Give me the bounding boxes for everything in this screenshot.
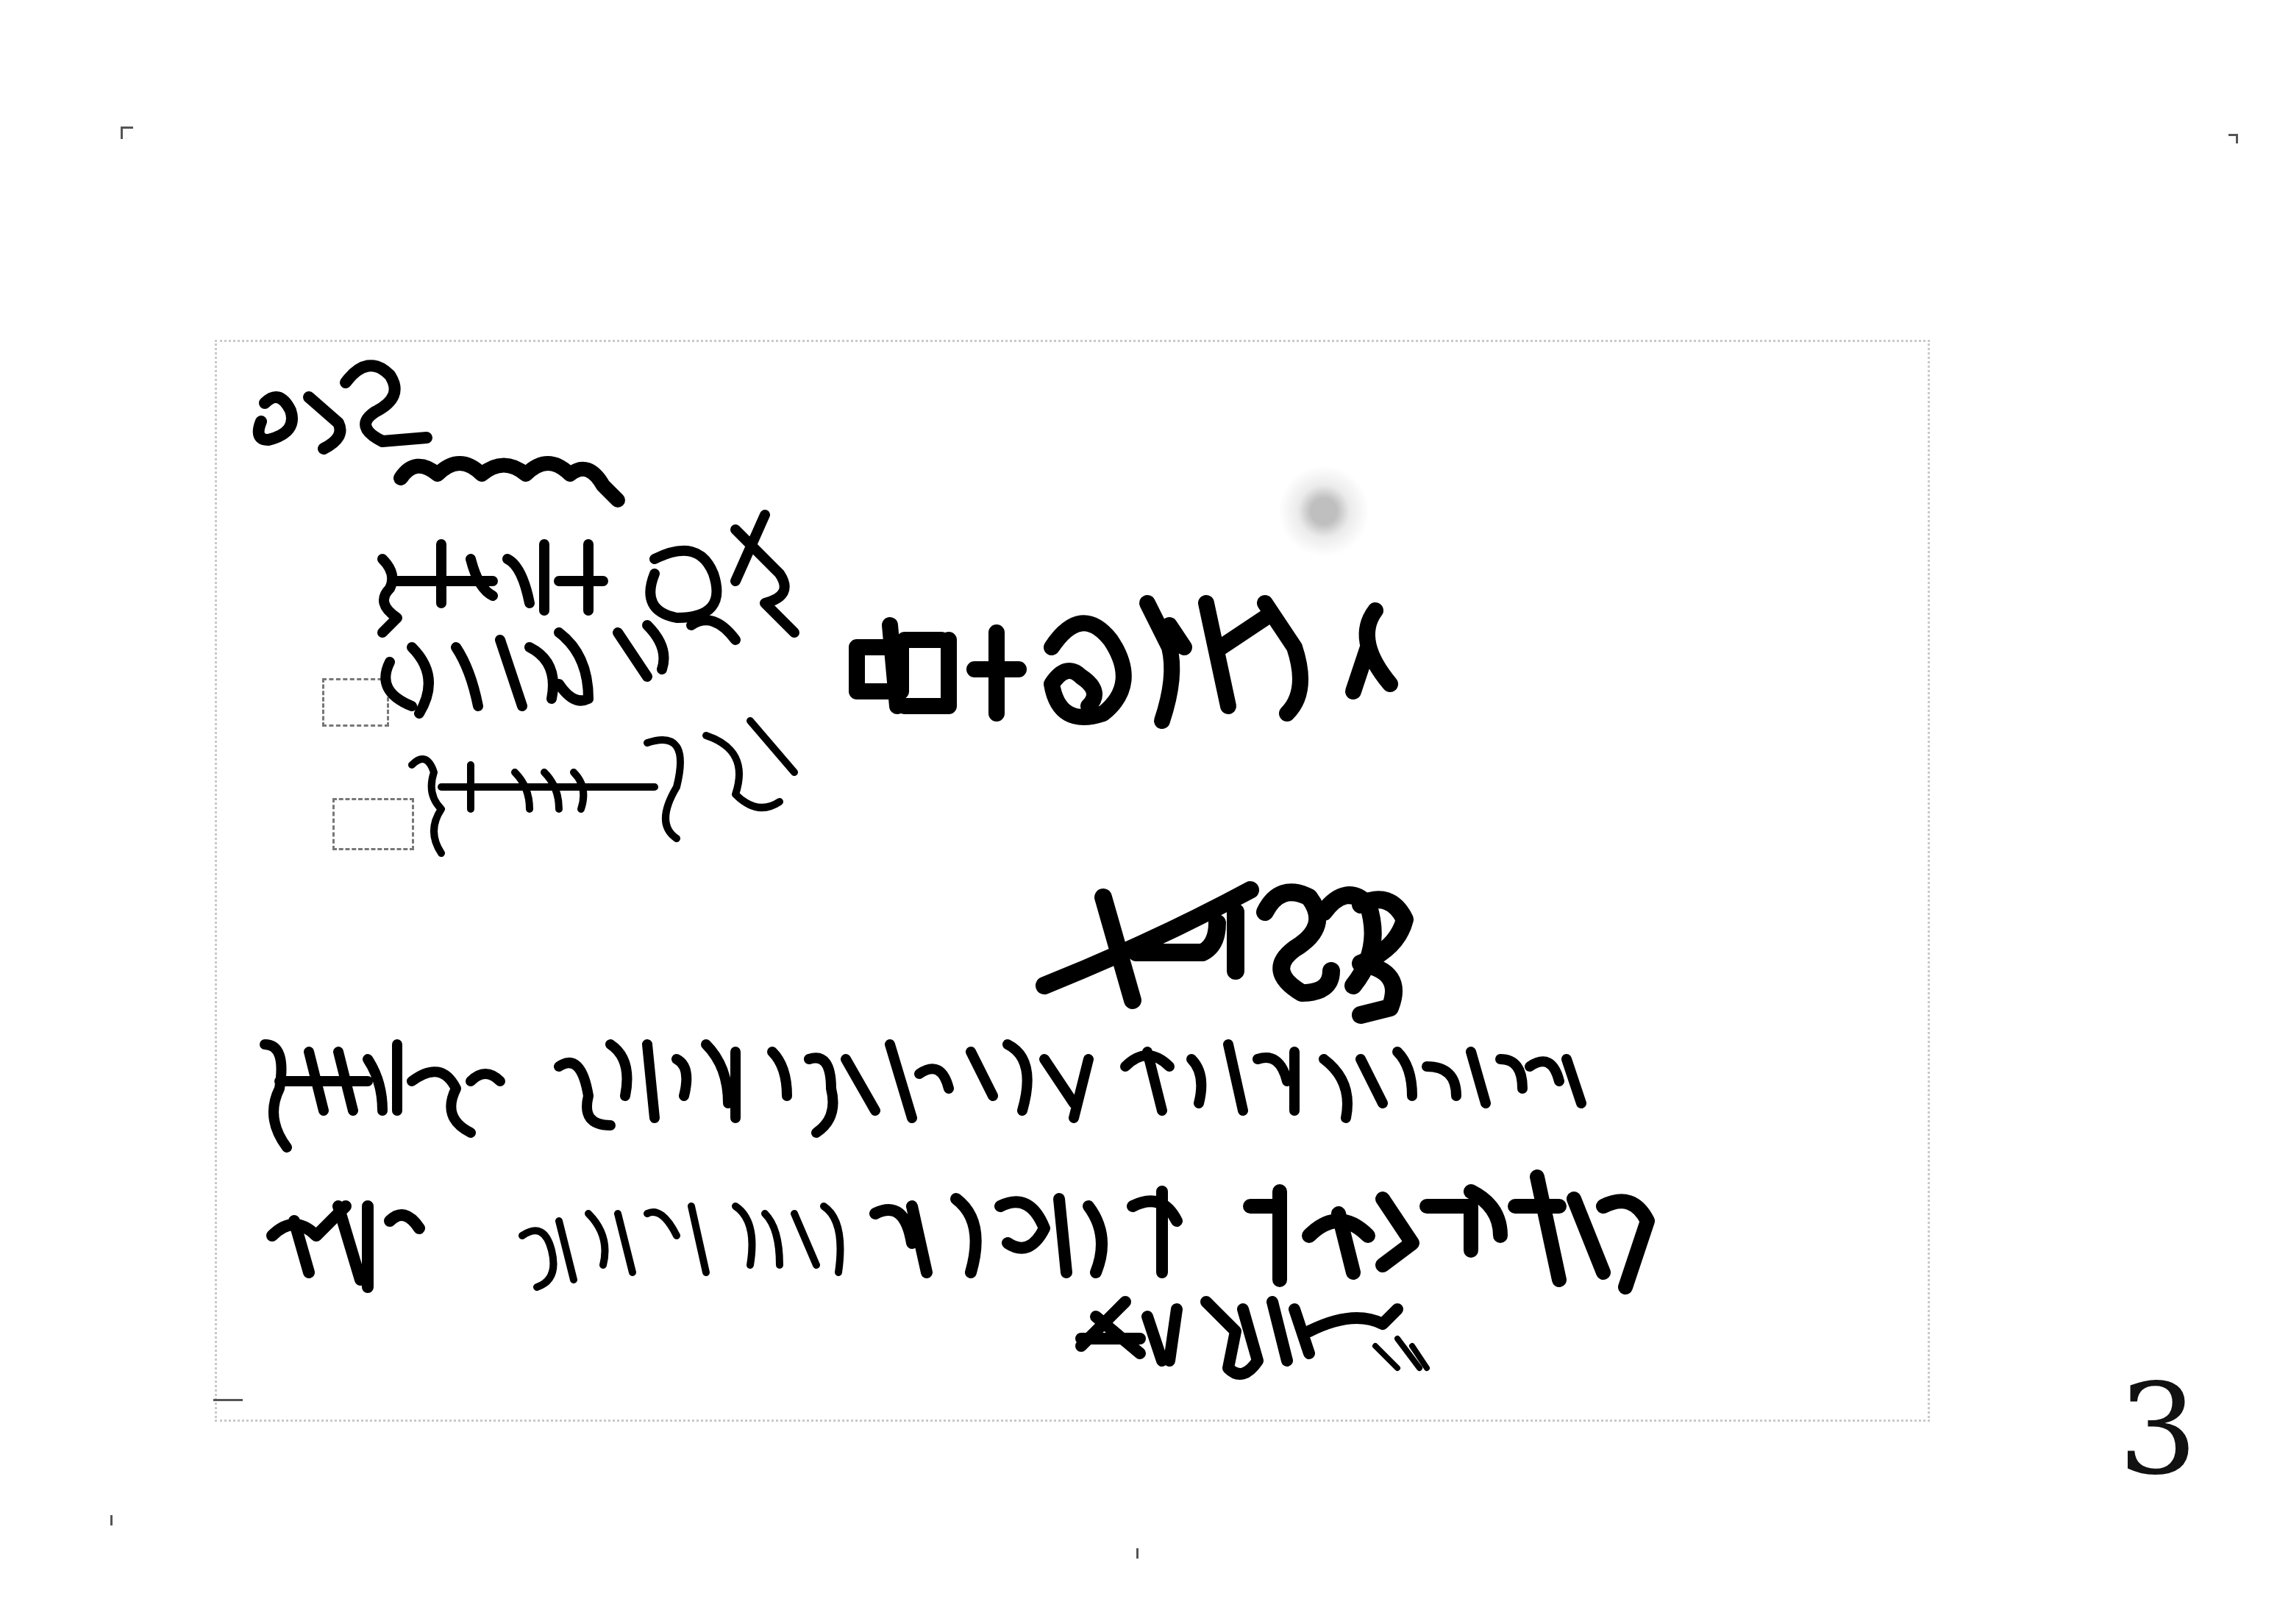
brush-script-illustration: [0, 0, 2291, 1624]
closing-line: [1081, 1302, 1427, 1374]
document-page: Ink smudge Seal stamp 1 Seal stamp 2: [0, 0, 2291, 1624]
date-line: [857, 603, 1390, 721]
header-block: [259, 366, 618, 500]
signature-block: [382, 515, 794, 853]
body-lines-2: [272, 1177, 1647, 1287]
main-line: [1044, 890, 1405, 1015]
body-lines: [265, 1044, 1581, 1147]
page-number: 3: [2118, 1368, 2198, 1493]
